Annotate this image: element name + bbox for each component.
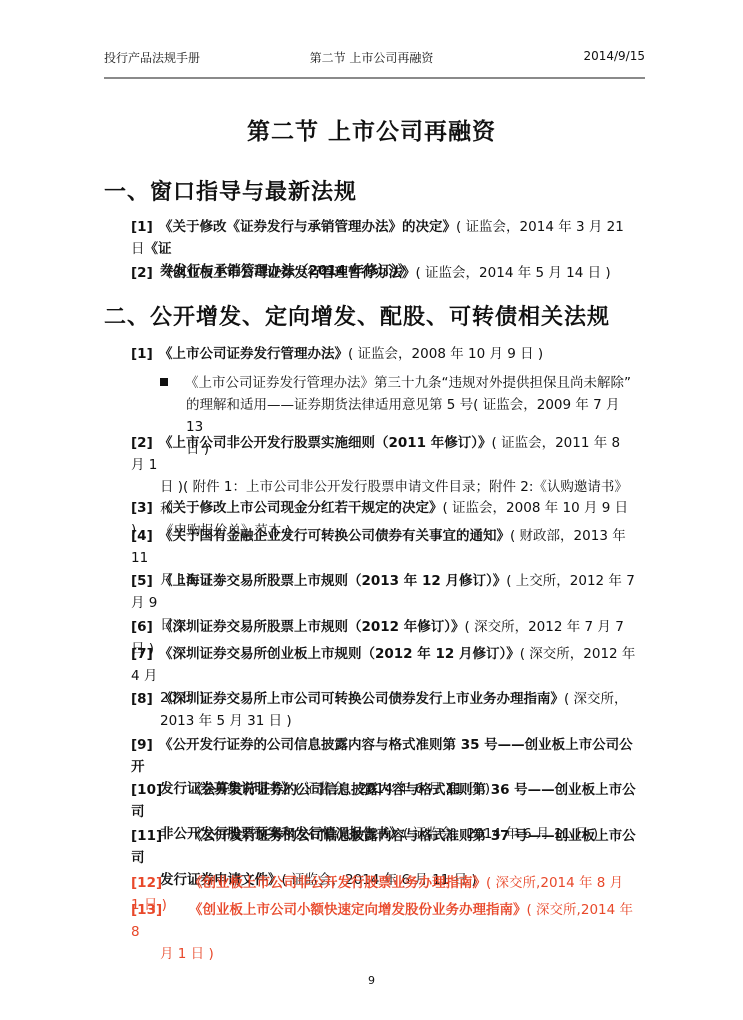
list-item: [1]《上市公司证券发行管理办法》( 证监会，2008 年 10 月 9 日 ) — [131, 343, 636, 365]
square-bullet-icon — [160, 378, 168, 386]
item-title: 《公开发行证券的公司信息披露内容与格式准则第 37 号——创业板上市公司 — [131, 828, 636, 866]
item-title-cont: 的理解和适用——证券期货法律适用意见第 5 号 — [186, 397, 473, 413]
item-number: [2] — [131, 432, 159, 454]
list-item: [8]《深圳证券交易所上市公司可转换公司债券发行上市业务办理指南》( 深交所， … — [131, 688, 636, 732]
list-item-highlighted: [13]《创业板上市公司小额快速定向增发股份业务办理指南》( 深交所,2014 … — [131, 899, 636, 965]
item-source: ( 证监会，2014 年 5 月 14 日 ) — [416, 265, 611, 281]
item-number: [6] — [131, 616, 159, 638]
item-title: 《上市公司证券发行管理办法》 — [159, 346, 348, 362]
item-title: 《关于修改上市公司现金分红若干规定的决定》 — [159, 500, 443, 516]
item-number: [4] — [131, 525, 159, 547]
item-title: 《关于修改《证券发行与承销管理办法》的决定》 — [159, 219, 456, 235]
item-number: [9] — [131, 734, 159, 756]
item-number: [8] — [131, 688, 159, 710]
item-number: [11] — [131, 825, 189, 847]
item-number: [1] — [131, 343, 159, 365]
item-number: [2] — [131, 262, 159, 284]
item-number: [12] — [131, 872, 189, 894]
item-number: [5] — [131, 570, 159, 592]
item-title: 《创业板上市公司证券发行管理暂行办法》 — [159, 265, 416, 281]
page-number: 9 — [0, 974, 743, 987]
item-number: [7] — [131, 643, 159, 665]
item-number: [1] — [131, 216, 159, 238]
item-title: 《公开发行证券的公司信息披露内容与格式准则第 35 号——创业板上市公司公开 — [131, 737, 633, 775]
item-title: 《关于国有金融企业发行可转换公司债券有关事宜的通知》 — [159, 528, 510, 544]
item-source-cont: 2013 年 5 月 31 日 ) — [131, 710, 636, 732]
running-header-right: 2014/9/15 — [583, 49, 645, 63]
section-heading-2: 二、公开增发、定向增发、配股、可转债相关法规 — [104, 300, 610, 331]
item-title: 《创业板上市公司非公开发行股票业务办理指南》 — [189, 875, 486, 891]
item-number: [10] — [131, 779, 189, 801]
item-title: 《上市公司证券发行管理办法》第三十九条“违规对外提供担保且尚未解除” — [185, 375, 631, 391]
item-title: 《创业板上市公司小额快速定向增发股份业务办理指南》 — [189, 902, 527, 918]
item-title: 《上海证券交易所股票上市规则（2013 年 12 月修订）》 — [159, 573, 506, 589]
item-source: ( 深交所， — [564, 691, 628, 707]
item-number: [13] — [131, 899, 189, 921]
item-title: 《公开发行证券的公司信息披露内容与格式准则第 36 号——创业板上市公司 — [131, 782, 636, 820]
item-title: 《深圳证券交易所上市公司可转换公司债券发行上市业务办理指南》 — [159, 691, 564, 707]
item-source-cont: 月 1 日 ) — [131, 943, 636, 965]
item-number: [3] — [131, 497, 159, 519]
item-title: 《深圳证券交易所创业板上市规则（2012 年 12 月修订）》 — [159, 646, 520, 662]
item-title: 《深圳证券交易所股票上市规则（2012 年修订）》 — [159, 619, 465, 635]
item-title: 《上市公司非公开发行股票实施细则（2011 年修订）》 — [159, 435, 492, 451]
header-rule — [104, 77, 645, 79]
section-heading-1: 一、窗口指导与最新法规 — [104, 175, 357, 206]
list-item: [2]《创业板上市公司证券发行管理暂行办法》( 证监会，2014 年 5 月 1… — [131, 262, 636, 284]
page-title: 第二节 上市公司再融资 — [0, 113, 743, 146]
item-title-cont: 《证 — [145, 241, 172, 257]
item-source: ( 证监会，2008 年 10 月 9 日 ) — [348, 346, 543, 362]
